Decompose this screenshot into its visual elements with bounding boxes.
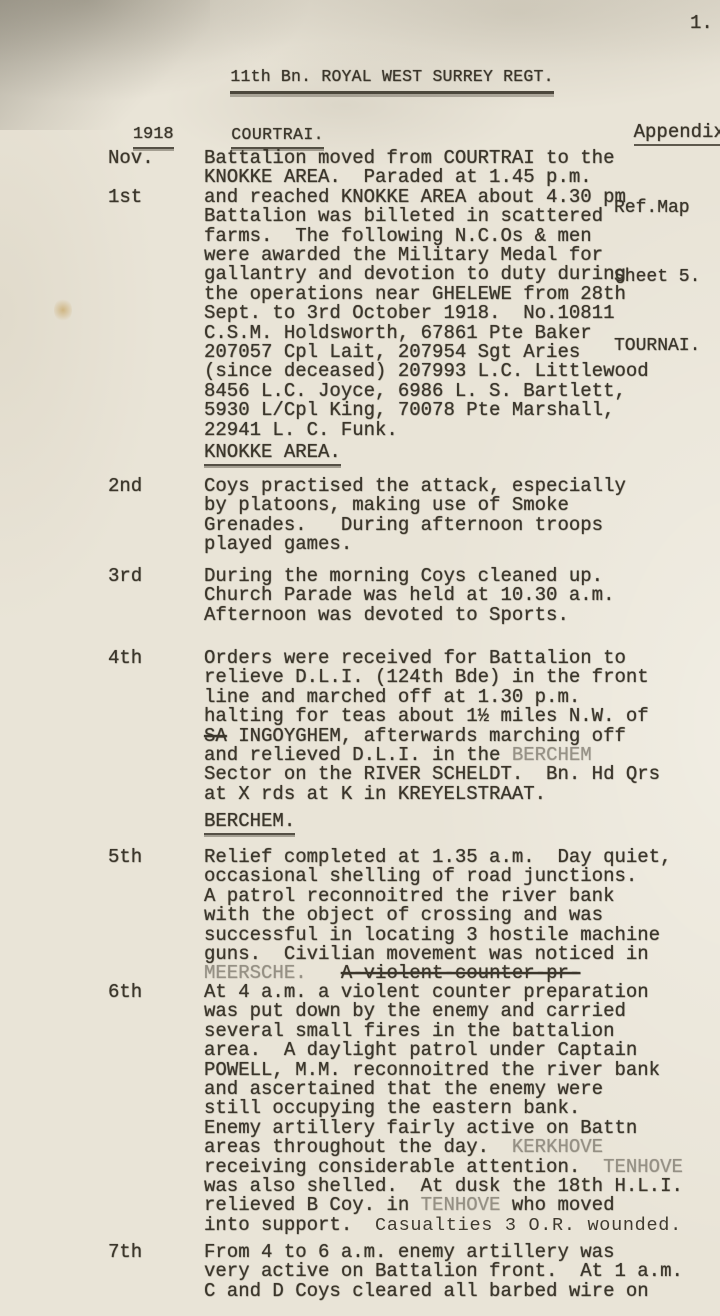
entry-date-line: [108, 168, 204, 187]
entry-date-line: 3rd: [108, 567, 204, 586]
entry-text-line: into support. Casualties 3 O.R. wounded.: [204, 1216, 720, 1235]
diary-entry: 4thOrders were received for Battalion to…: [108, 649, 720, 804]
entry-text: During the morning Coys cleaned up.Churc…: [204, 567, 720, 625]
section-heading: BERCHEM.: [204, 812, 295, 835]
text-segment: who moved: [500, 1194, 614, 1216]
section-heading-text: KNOKKE AREA.: [204, 443, 341, 466]
entry-date-line: Nov.: [108, 149, 204, 168]
entry-date: Nov. 1st: [108, 149, 204, 440]
text-segment: Afternoon was devoted to Sports.: [204, 604, 569, 626]
entry-date: 4th: [108, 649, 204, 804]
entry-text-line: Afternoon was devoted to Sports.: [204, 606, 720, 625]
diary-entry: 7thFrom 4 to 6 a.m. enemy artillery wasv…: [108, 1243, 720, 1301]
entry-date-line: 4th: [108, 649, 204, 668]
entry-text: At 4 a.m. a violent counter preparationw…: [204, 983, 720, 1235]
text-segment-faded: BERCHEM: [512, 744, 592, 766]
entry-text: From 4 to 6 a.m. enemy artillery wasvery…: [204, 1243, 720, 1301]
diary-entry: 6thAt 4 a.m. a violent counter preparati…: [108, 983, 720, 1235]
diary-entry: 5thRelief completed at 1.35 a.m. Day qui…: [108, 848, 720, 984]
entry-text-line: at X rds at K in KREYELSTRAAT.: [204, 785, 720, 804]
text-segment-faded: TENHOVE: [603, 1156, 683, 1178]
war-diary-page: 1. 11th Bn. ROYAL WEST SURREY REGT. 1918…: [0, 0, 720, 1316]
text-segment: played games.: [204, 533, 352, 555]
entry-date: 7th: [108, 1243, 204, 1301]
text-segment-faded: TENHOVE: [421, 1194, 501, 1216]
entry-date-line: 7th: [108, 1243, 204, 1262]
entry-date: 5th: [108, 848, 204, 984]
text-segment: C and D Coys cleared all barbed wire on: [204, 1280, 649, 1302]
entry-date-line: 5th: [108, 848, 204, 867]
diary-entry: Nov. 1stBattalion moved from COURTRAI to…: [108, 149, 720, 440]
entry-text-line: played games.: [204, 535, 720, 554]
section-heading-text: BERCHEM.: [204, 812, 295, 835]
entry-text: Coys practised the attack, especiallyby …: [204, 477, 720, 555]
entry-text-line: 22941 L. C. Funk.: [204, 421, 720, 440]
paper-stain: [54, 298, 72, 322]
entry-date: 2nd: [108, 477, 204, 555]
text-segment: at X rds at K in KREYELSTRAAT.: [204, 783, 546, 805]
entry-text-line: C and D Coys cleared all barbed wire on: [204, 1282, 720, 1301]
text-segment: 22941 L. C. Funk.: [204, 419, 398, 441]
diary-entry: 2ndCoys practised the attack, especially…: [108, 477, 720, 555]
entry-text: Orders were received for Battalion torel…: [204, 649, 720, 804]
text-segment: into support.: [204, 1214, 375, 1236]
entry-date-line: 6th: [108, 983, 204, 1002]
text-segment-faded: KERKHOVE: [512, 1136, 603, 1158]
entry-date: 6th: [108, 983, 204, 1235]
diary-blocks: Nov. 1stBattalion moved from COURTRAI to…: [0, 0, 720, 1316]
entry-text: Battalion moved from COURTRAI to theKNOK…: [204, 149, 720, 440]
section-heading: KNOKKE AREA.: [204, 443, 341, 466]
entry-text: Relief completed at 1.35 a.m. Day quiet,…: [204, 848, 720, 984]
entry-date: 3rd: [108, 567, 204, 625]
diary-entry: 3rdDuring the morning Coys cleaned up.Ch…: [108, 567, 720, 625]
entry-date-line: 2nd: [108, 477, 204, 496]
text-segment-alt: Casualties 3 O.R. wounded.: [375, 1215, 682, 1236]
entry-date-line: 1st: [108, 188, 204, 207]
